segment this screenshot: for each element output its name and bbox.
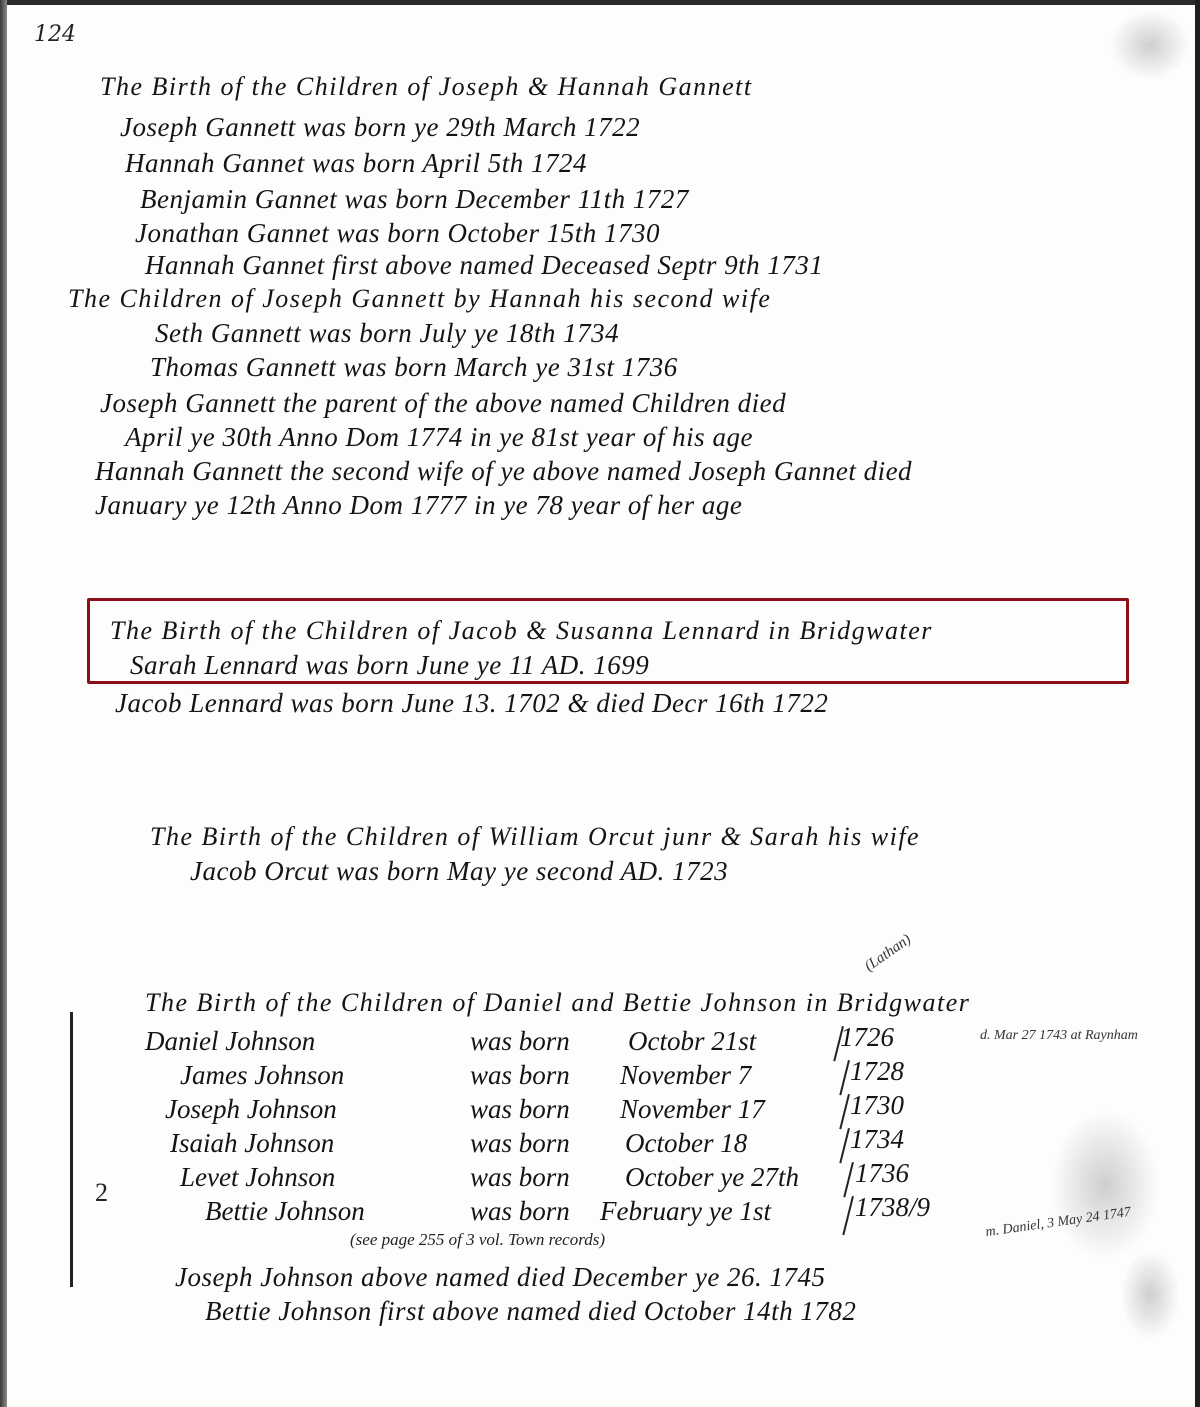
child-year: 1728	[850, 1056, 904, 1087]
record-entry: April ye 30th Anno Dom 1774 in ye 81st y…	[125, 422, 753, 453]
child-name: Levet Johnson	[180, 1162, 335, 1193]
record-entry: Thomas Gannett was born March ye 31st 17…	[150, 352, 678, 383]
child-name: Isaiah Johnson	[170, 1128, 334, 1159]
margin-bracket-line	[70, 1012, 73, 1287]
child-date: November 17	[620, 1094, 765, 1125]
death-entry: Joseph Johnson above named died December…	[175, 1262, 826, 1293]
pen-stroke	[839, 1128, 850, 1163]
child-verb: was born	[470, 1128, 570, 1159]
record-entry: Seth Gannett was born July ye 18th 1734	[155, 318, 619, 349]
child-name: Joseph Johnson	[165, 1094, 337, 1125]
paper-stain	[1120, 1250, 1180, 1340]
child-date: November 7	[620, 1060, 751, 1091]
insertion-note: (Lathan)	[862, 931, 915, 975]
record-entry: Jacob Lennard was born June 13. 1702 & d…	[115, 688, 828, 719]
record-entry: January ye 12th Anno Dom 1777 in ye 78 y…	[95, 490, 742, 521]
death-entry: Bettie Johnson first above named died Oc…	[205, 1296, 856, 1327]
child-verb: was born	[470, 1026, 570, 1057]
pen-stroke	[839, 1060, 850, 1095]
paper-stain	[1050, 1110, 1160, 1260]
child-name: James Johnson	[180, 1060, 344, 1091]
page-number: 124	[34, 22, 76, 47]
pen-stroke	[843, 1162, 854, 1197]
scanned-register-page: 124 The Birth of the Children of Joseph …	[0, 0, 1200, 1407]
pen-stroke	[839, 1094, 850, 1129]
child-year: 1734	[850, 1124, 904, 1155]
page-right-edge	[1195, 0, 1200, 1407]
pen-stroke	[842, 1196, 854, 1235]
section-heading-lennard: The Birth of the Children of Jacob & Sus…	[110, 616, 933, 646]
section-heading-johnson: The Birth of the Children of Daniel and …	[145, 988, 970, 1018]
child-name: Daniel Johnson	[145, 1026, 315, 1057]
child-year: 1726	[840, 1022, 894, 1053]
child-verb: was born	[470, 1162, 570, 1193]
record-entry: Hannah Gannet first above named Deceased…	[145, 250, 823, 281]
section-heading-orcut: The Birth of the Children of William Orc…	[150, 822, 920, 852]
margin-mark: 2	[95, 1178, 108, 1208]
child-date: October 18	[625, 1128, 747, 1159]
child-year: 1736	[855, 1158, 909, 1189]
child-date: October ye 27th	[625, 1162, 799, 1193]
child-verb: was born	[470, 1196, 570, 1227]
record-entry: Benjamin Gannet was born December 11th 1…	[140, 184, 689, 215]
record-entry: Jonathan Gannet was born October 15th 17…	[135, 218, 660, 249]
record-entry-highlighted: Sarah Lennard was born June ye 11 AD. 16…	[130, 650, 649, 681]
child-verb: was born	[470, 1060, 570, 1091]
cross-reference-note: (see page 255 of 3 vol. Town records)	[350, 1230, 605, 1250]
section-heading-gannett: The Birth of the Children of Joseph & Ha…	[100, 72, 753, 102]
record-entry: Hannah Gannet was born April 5th 1724	[125, 148, 587, 179]
margin-note-death: d. Mar 27 1743 at Raynham	[980, 1028, 1138, 1044]
child-date: February ye 1st	[600, 1196, 771, 1227]
record-entry: Hannah Gannett the second wife of ye abo…	[95, 456, 912, 487]
page-left-edge	[0, 0, 7, 1407]
child-year: 1730	[850, 1090, 904, 1121]
record-entry: Joseph Gannett the parent of the above n…	[100, 388, 786, 419]
page-top-edge	[0, 0, 1200, 5]
record-entry: Joseph Gannett was born ye 29th March 17…	[120, 112, 640, 143]
section-heading-gannett-second-wife: The Children of Joseph Gannett by Hannah…	[68, 284, 771, 314]
paper-stain	[1110, 10, 1190, 80]
child-verb: was born	[470, 1094, 570, 1125]
record-entry: Jacob Orcut was born May ye second AD. 1…	[190, 856, 728, 887]
child-year: 1738/9	[855, 1192, 930, 1223]
child-name: Bettie Johnson	[205, 1196, 365, 1227]
child-date: Octobr 21st	[628, 1026, 756, 1057]
